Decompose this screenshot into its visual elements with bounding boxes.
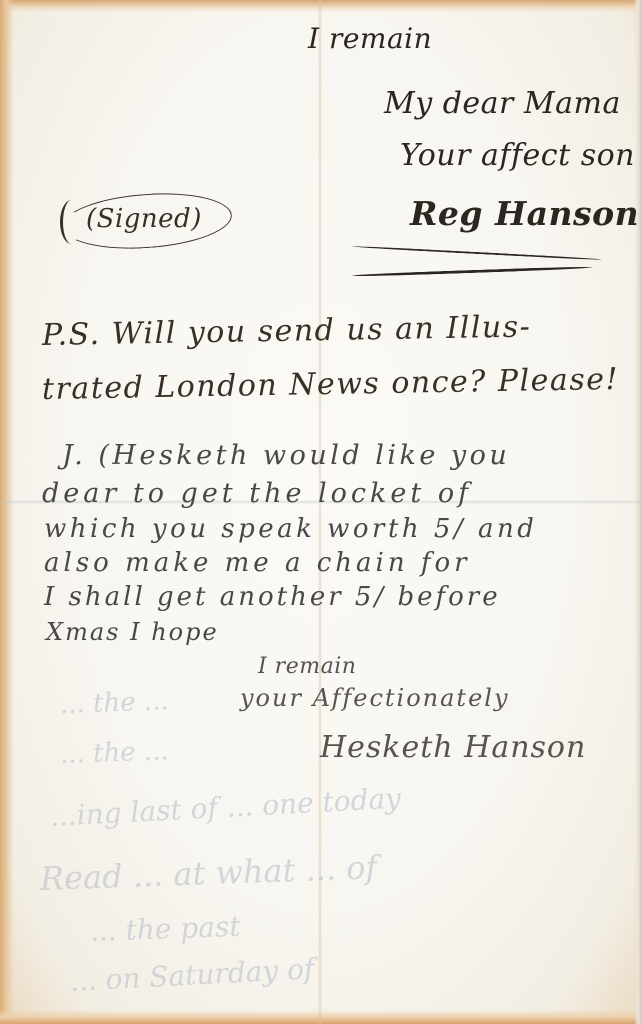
bleed-through-line: Read ... at what ... of xyxy=(39,848,378,898)
bleed-through-line: ... the ... xyxy=(59,686,169,720)
letter-page: ... the ... ... the ... ...ing last of .… xyxy=(0,0,642,1024)
closing-line-remain: I remain xyxy=(308,22,432,55)
bleed-through-line: ... the ... xyxy=(59,736,169,770)
postscript-line-2: trated London News once? Please! xyxy=(42,362,620,407)
note-line-3: which you speak worth 5/ and xyxy=(44,514,537,544)
note-line-6: Xmas I hope xyxy=(46,618,219,646)
signature-hesketh-hanson: Hesketh Hanson xyxy=(320,730,586,765)
signature-reg-hanson: Reg Hanson xyxy=(410,194,639,233)
note-line-1: J. (Hesketh would like you xyxy=(62,440,510,471)
bleed-through-line: ...ing last of ... one today xyxy=(49,782,402,833)
bleed-through-line: ... on Saturday of xyxy=(69,952,315,998)
closing-line-affection: Your affect son xyxy=(400,138,635,173)
signature-flourish xyxy=(352,245,602,260)
closing-hesketh-affection: your Affectionately xyxy=(240,684,510,712)
signed-label: (Signed) xyxy=(86,204,202,234)
note-line-5: I shall get another 5/ before xyxy=(44,582,501,612)
closing-line-salutation: My dear Mama xyxy=(384,86,621,121)
signature-flourish xyxy=(352,266,592,277)
bleed-through-line: ... the past xyxy=(89,910,241,948)
edge-right xyxy=(634,0,642,1024)
stained-edge-left xyxy=(0,0,14,1024)
closing-hesketh-remain: I remain xyxy=(258,654,356,679)
note-line-4: also make me a chain for xyxy=(44,548,471,578)
postscript-line-1: P.S. Will you send us an Illus- xyxy=(42,309,532,353)
note-line-2: dear to get the locket of xyxy=(42,478,472,509)
